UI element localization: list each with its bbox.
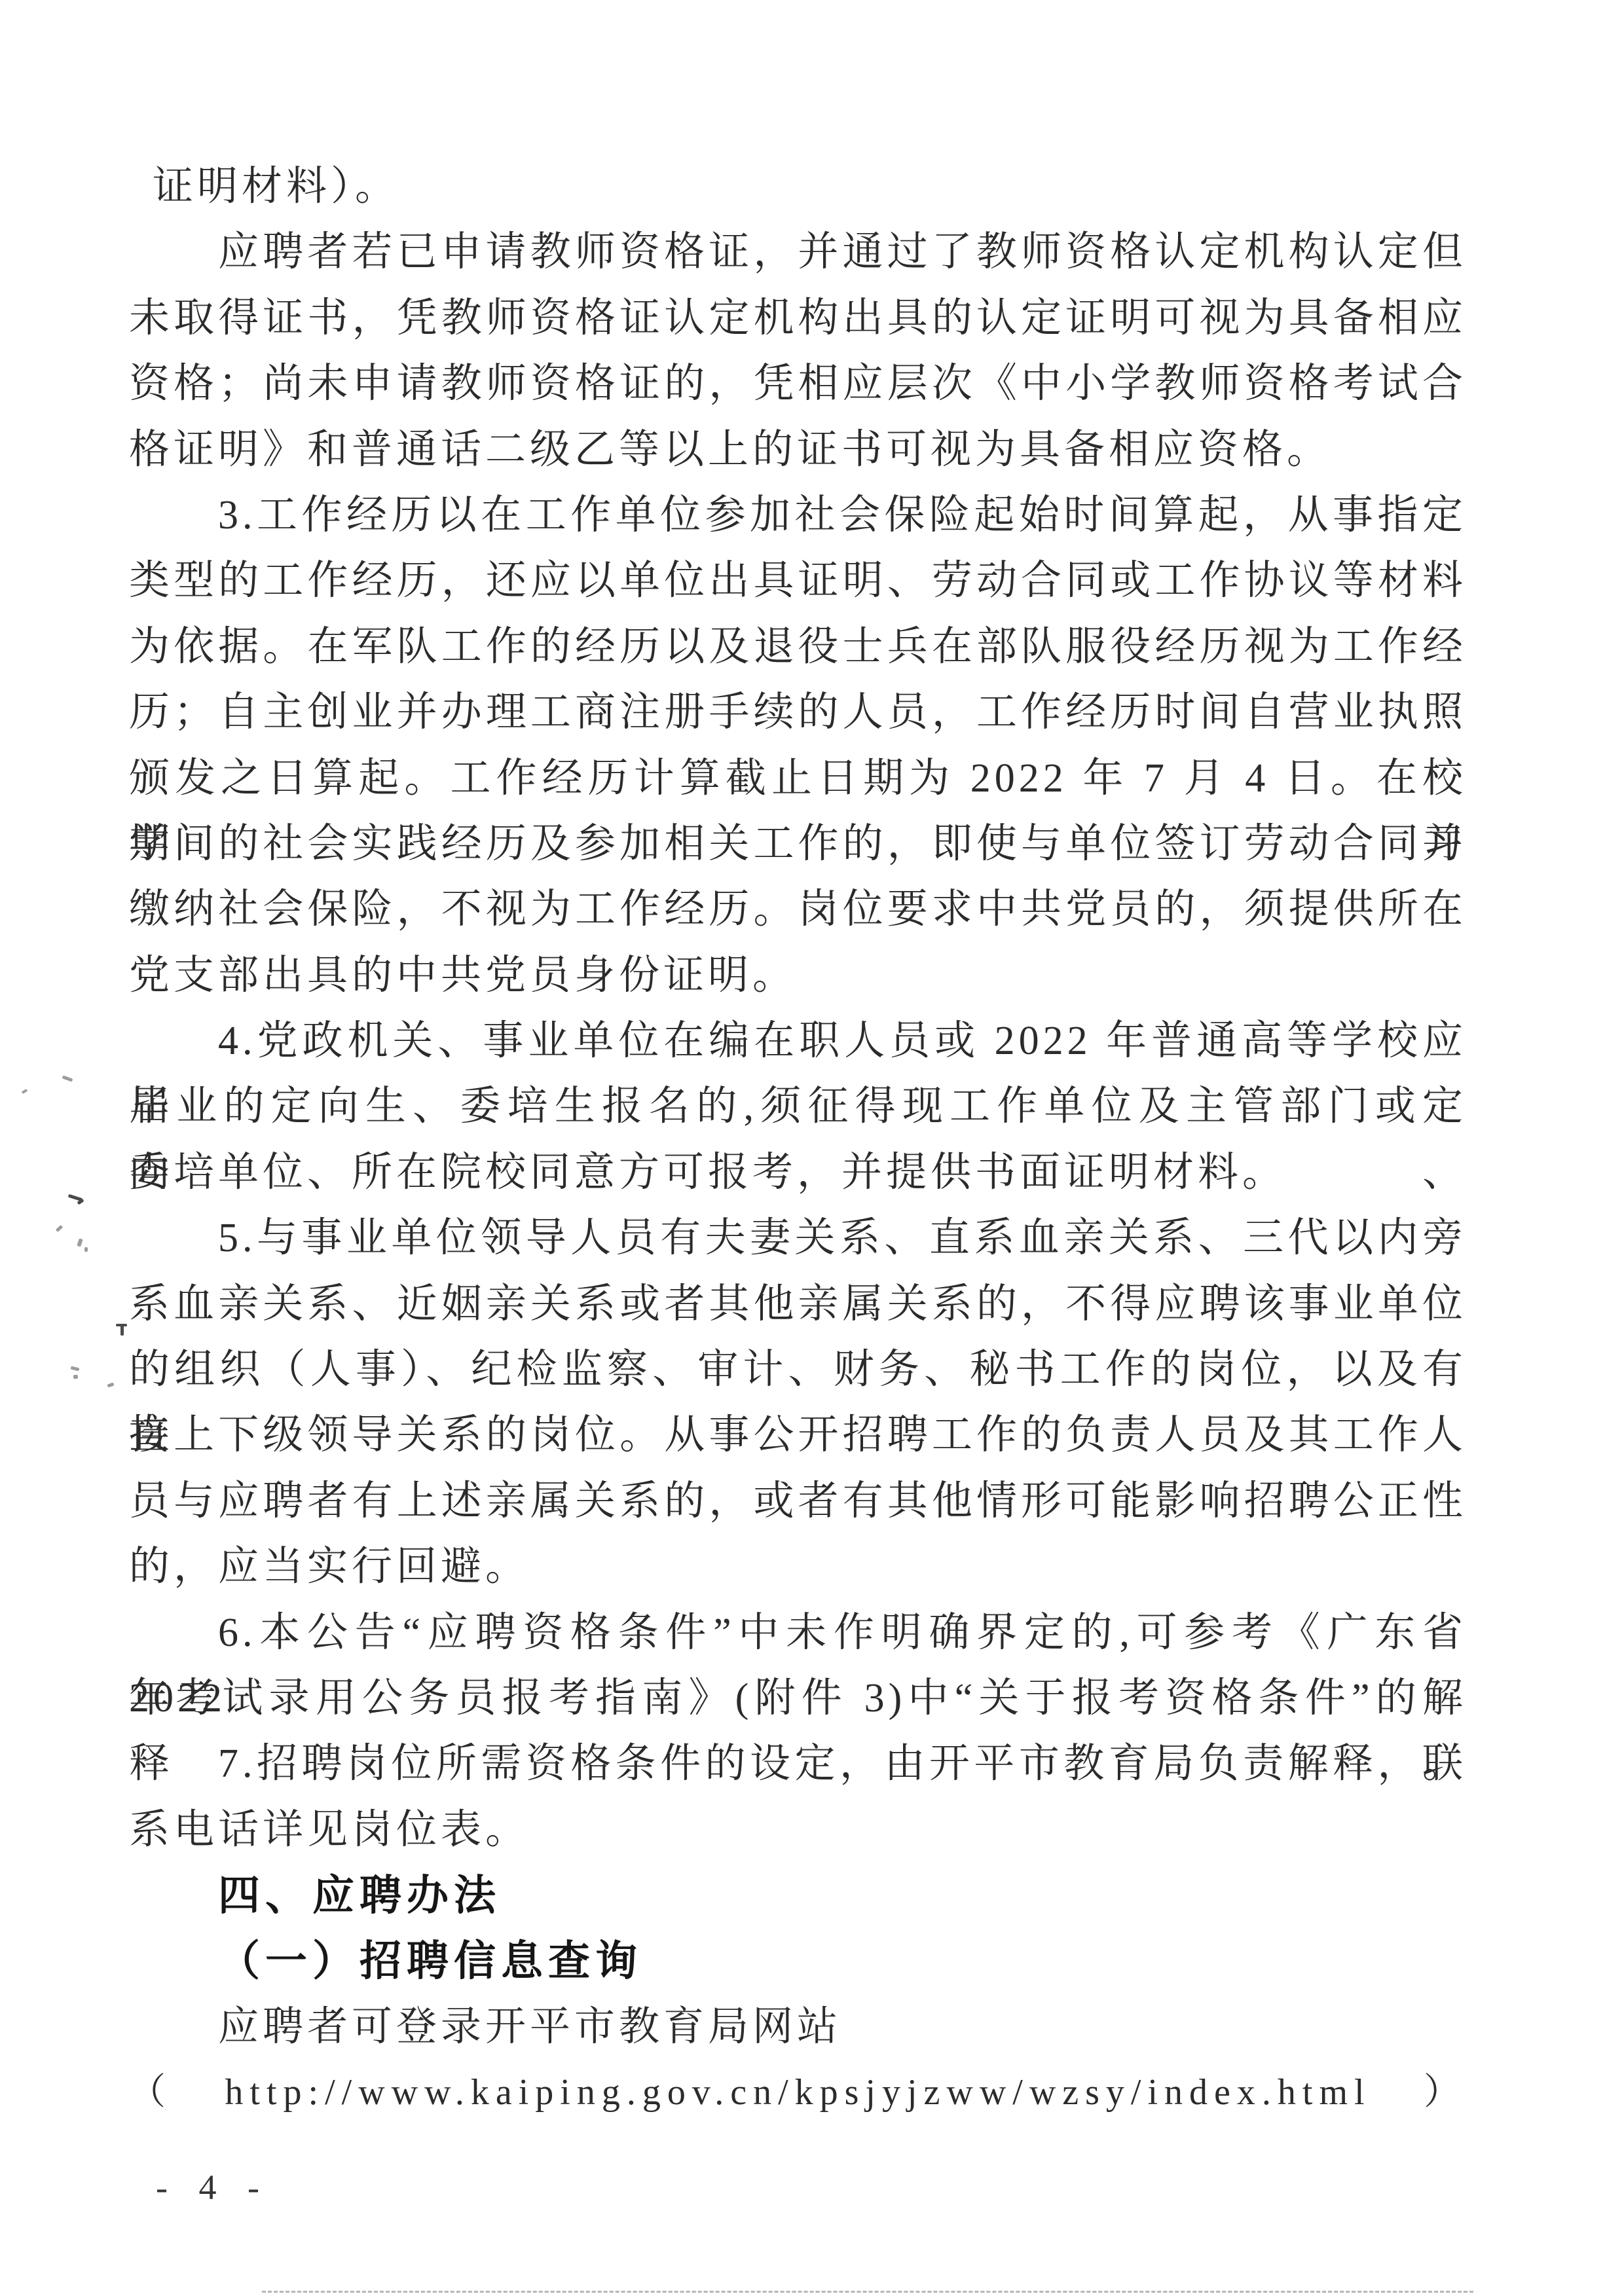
text-column: 证明材料）。 应聘者若已申请教师资格证，并通过了教师资格认定机构认定但 未取得证… xyxy=(129,154,1467,2126)
page-number: - 4 - xyxy=(156,2167,262,2208)
section-heading: 四、应聘办法 xyxy=(129,1863,1467,1928)
website-url-line: （http://www.kaiping.gov.cn/kpsjyjzww/wzs… xyxy=(129,2060,1467,2125)
text-line: 的组织（人事）、纪检监察、审计、财务、秘书工作的岗位，以及有直 xyxy=(129,1337,1467,1402)
scan-mark xyxy=(71,1366,80,1372)
text-line: 4.党政机关、事业单位在编在职人员或 2022 年普通高等学校应届 xyxy=(129,1008,1467,1074)
scan-mark xyxy=(73,1375,78,1379)
scan-mark xyxy=(22,1089,28,1094)
text-line: 7.招聘岗位所需资格条件的设定，由开平市教育局负责解释，联 xyxy=(129,1731,1467,1796)
text-line: 年考试录用公务员报考指南》(附件 3)中“关于报考资格条件”的解释。 xyxy=(129,1666,1467,1731)
scan-mark xyxy=(84,1247,88,1252)
text-line: 6.本公告“应聘资格条件”中未作明确界定的,可参考《广东省 2022 xyxy=(129,1600,1467,1666)
text-line: 员与应聘者有上述亲属关系的，或者有其他情形可能影响招聘公正性 xyxy=(129,1468,1467,1534)
text-line: 证明材料）。 xyxy=(129,154,1467,219)
text-line: 资格；尚未申请教师资格证的，凭相应层次《中小学教师资格考试合 xyxy=(129,351,1467,416)
scan-mark xyxy=(62,1075,73,1082)
text-line: 党支部出具的中共党员身份证明。 xyxy=(129,943,1467,1008)
scan-edge-artifact xyxy=(262,2291,1473,2293)
text-line: 委培单位、所在院校同意方可报考，并提供书面证明材料。 xyxy=(129,1140,1467,1205)
text-line: 历；自主创业并办理工商注册手续的人员，工作经历时间自营业执照 xyxy=(129,680,1467,745)
scan-mark xyxy=(120,1324,124,1336)
scan-mark xyxy=(77,1238,83,1247)
text-line: 系血亲关系、近姻亲关系或者其他亲属关系的，不得应聘该事业单位 xyxy=(129,1271,1467,1337)
scanned-document-page: 证明材料）。 应聘者若已申请教师资格证，并通过了教师资格认定机构认定但 未取得证… xyxy=(0,0,1624,2296)
text-line: 缴纳社会保险，不视为工作经历。岗位要求中共党员的，须提供所在 xyxy=(129,877,1467,942)
text-line: 期间的社会实践经历及参加相关工作的，即使与单位签订劳动合同并 xyxy=(129,811,1467,877)
text-line: 类型的工作经历，还应以单位出具证明、劳动合同或工作协议等材料 xyxy=(129,548,1467,613)
text-line: 应聘者可登录开平市教育局网站 xyxy=(129,1994,1467,2060)
text-line: 格证明》和普通话二级乙等以上的证书可视为具备相应资格。 xyxy=(129,417,1467,483)
text-line: 为依据。在军队工作的经历以及退役士兵在部队服役经历视为工作经 xyxy=(129,614,1467,680)
scan-mark xyxy=(107,1382,114,1387)
subsection-heading: （一）招聘信息查询 xyxy=(129,1929,1467,1994)
scan-mark xyxy=(56,1225,64,1232)
text-line: 接上下级领导关系的岗位。从事公开招聘工作的负责人员及其工作人 xyxy=(129,1402,1467,1468)
text-line: 颁发之日算起。工作经历计算截止日期为 2022 年 7 月 4 日。在校学习 xyxy=(129,746,1467,811)
text-line: 3.工作经历以在工作单位参加社会保险起始时间算起，从事指定 xyxy=(129,483,1467,548)
text-line: 系电话详见岗位表。 xyxy=(129,1797,1467,1863)
text-line: 毕业的定向生、委培生报名的,须征得现工作单位及主管部门或定向、 xyxy=(129,1074,1467,1139)
text-line: 的，应当实行回避。 xyxy=(129,1534,1467,1599)
text-line: 应聘者若已申请教师资格证，并通过了教师资格认定机构认定但 xyxy=(129,219,1467,285)
text-line: 5.与事业单位领导人员有夫妻关系、直系血亲关系、三代以内旁 xyxy=(129,1205,1467,1271)
text-line: 未取得证书，凭教师资格证认定机构出具的认定证明可视为具备相应 xyxy=(129,285,1467,351)
